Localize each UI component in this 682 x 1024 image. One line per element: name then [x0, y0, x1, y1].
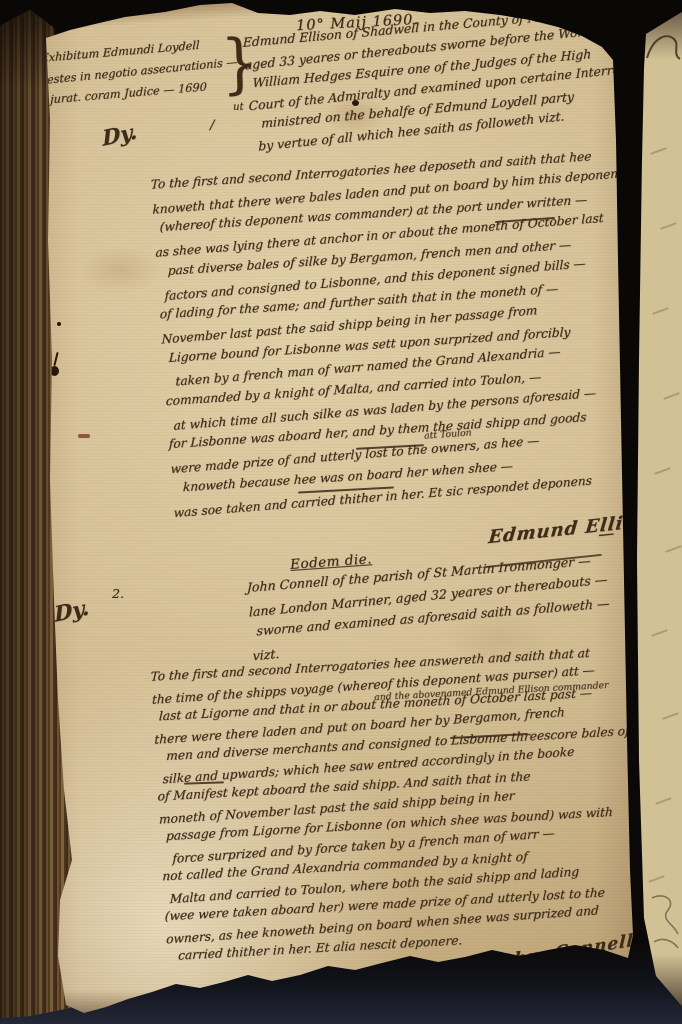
clerk-paraph-1: Dy.	[102, 118, 138, 151]
manuscript-line: Ligorne bound for Lisbonne was sett upon…	[162, 317, 640, 370]
showthrough-stroke	[665, 545, 682, 553]
manuscript-line: force surprized and by force taken by a …	[161, 817, 642, 869]
manuscript-line: November last past the said shipp being …	[161, 292, 638, 351]
manuscript-line: owners, as hee knoweth being on board wh…	[166, 897, 647, 949]
margin-brace: }	[220, 25, 259, 100]
next-page-ink-mark	[648, 890, 682, 950]
manuscript-line: of Manifest kept aboard the said shipp. …	[157, 760, 639, 806]
clerk-paraph-2: Dy.	[54, 594, 90, 627]
manuscript-line: Edmund Ellison of Shadwell in the County…	[243, 0, 662, 53]
interline-insertion: att Toulon	[424, 427, 472, 441]
margin-mark-slash: /	[210, 118, 214, 133]
manuscript-line: aged 33 yeares or thereabouts sworne bef…	[245, 15, 663, 77]
manuscript-line: for Lisbonne was aboard her, and by them…	[168, 404, 646, 457]
manuscript-line: at which time all such silke as was lade…	[167, 379, 644, 438]
manuscript-line: moneth of November last past the said sh…	[159, 777, 640, 829]
ink-smudge	[78, 434, 90, 438]
manuscript-line: Court of the Admiralty and examined upon…	[249, 55, 667, 117]
showthrough-stroke	[654, 467, 671, 475]
manuscript-line: (whereof this deponent was commander) at…	[153, 187, 631, 240]
showthrough-stroke	[652, 307, 669, 315]
manuscript-line: not called the Grand Alexandria commande…	[162, 840, 644, 886]
signature-dash: —	[597, 523, 615, 544]
crossout-stroke	[184, 781, 224, 784]
margin-note-line: jurat. coram Judice — 1690	[44, 74, 234, 111]
manuscript-line: factors and consigned to Lisbonne, and t…	[158, 249, 635, 308]
date-heading: 10° Maij 1690.	[296, 12, 420, 34]
manuscript-line: by vertue of all which hee saith as foll…	[252, 96, 670, 158]
crossout-stroke	[356, 444, 424, 450]
showthrough-stroke	[663, 392, 680, 400]
ink-blot	[352, 100, 359, 106]
manuscript-line: William Hedges Esquire one of the Judges…	[246, 38, 665, 94]
signature-flourish	[484, 554, 602, 568]
eodem-die-heading: Eodem die.	[290, 551, 373, 573]
manuscript-line: To the first and second Interrogatories …	[150, 144, 628, 197]
showthrough-stroke	[651, 629, 668, 637]
manuscript-line: were made prize of and utterly lost to t…	[170, 422, 647, 481]
deposition1-body: To the first and second Interrogatories …	[150, 143, 651, 523]
margin-number-2: 2.	[112, 586, 124, 601]
manuscript-line: ministred on the behalfe of Edmund Loyde…	[250, 78, 669, 134]
deposition1-preamble: Edmund Ellison of Shadwell in the County…	[242, 0, 671, 156]
manuscript-line: past diverse bales of silke by Bergamon,…	[156, 230, 634, 283]
showthrough-stroke	[648, 875, 665, 883]
manuscript-line: carried thither in her. Et alia nescit d…	[167, 920, 649, 966]
manuscript-line: (wee were taken aboard her) were made pr…	[164, 880, 646, 926]
crossout-stroke	[495, 217, 555, 223]
ink-blot	[57, 322, 61, 326]
manuscript-photo: 10° Maij 1690. Exhibitum Edmundi Loydell…	[0, 0, 682, 1024]
showthrough-stroke	[650, 147, 667, 155]
manuscript-line: sworne and examined as aforesaid saith a…	[250, 589, 649, 642]
crossout-stroke	[450, 733, 528, 739]
manuscript-line: passage from Ligorne for Lisbonne (on wh…	[160, 800, 642, 846]
manuscript-page: 10° Maij 1690. Exhibitum Edmundi Loydell…	[0, 0, 682, 1024]
manuscript-line: men and diverse merchants and consigned …	[155, 720, 637, 766]
manuscript-line: lane London Marriner, aged 32 yeares or …	[249, 565, 647, 624]
signature-edmund-ellison: Edmund Ellison	[487, 509, 662, 549]
manuscript-line: there were there laden and put on board …	[154, 697, 635, 749]
ink-blot-tail	[53, 352, 58, 366]
signature-flourish	[557, 979, 628, 996]
manuscript-line: commanded by a knight of Malta, and carr…	[165, 360, 643, 413]
showthrough-stroke	[662, 712, 679, 720]
manuscript-line: John Connell of the parish of St Martin …	[247, 545, 646, 598]
manuscript-line: taken by a french man of warr named the …	[164, 336, 641, 395]
manuscript-line: Malta and carried to Toulon, where both …	[164, 857, 645, 909]
showthrough-stroke	[655, 797, 672, 805]
manuscript-line: last at Ligorne and that in or about the…	[152, 681, 634, 727]
deposition2-body: To the first and second Interrogatories …	[150, 639, 649, 967]
manuscript-line: knoweth that there were bales laden and …	[152, 162, 629, 221]
manuscript-line: To the first and second Interrogatories …	[150, 641, 632, 687]
interline-insertion: and the abovenamed Edmund Ellison comman…	[374, 680, 609, 703]
manuscript-line: the time of the shipps voyage (whereof t…	[152, 657, 633, 709]
margin-mark-ut: ut	[233, 102, 243, 113]
manuscript-line: vizt.	[253, 609, 651, 668]
crossout-stroke	[298, 486, 394, 493]
showthrough-stroke	[660, 222, 677, 230]
signature-john-connell: John: Connell	[492, 931, 634, 974]
margin-note-line: Exhibitum Edmundi Loydell	[40, 32, 230, 69]
manuscript-line: knoweth because hee was on board her whe…	[171, 447, 649, 500]
deposition2-preamble: John Connell of the parish of St Martin …	[246, 545, 652, 666]
margin-note: Exhibitum Edmundi Loydell testes in nego…	[40, 32, 235, 111]
manuscript-line: was soe taken and carried thither in her…	[173, 465, 650, 524]
manuscript-line: silke and upwards; which hee saw entred …	[156, 737, 637, 789]
manuscript-line: as shee was lying there at anchor in or …	[155, 206, 632, 265]
margin-note-line: testes in negotio assecurationis —	[42, 52, 231, 91]
corner-scribble	[644, 26, 682, 68]
manuscript-line: of lading for the same; and further sait…	[159, 274, 637, 327]
